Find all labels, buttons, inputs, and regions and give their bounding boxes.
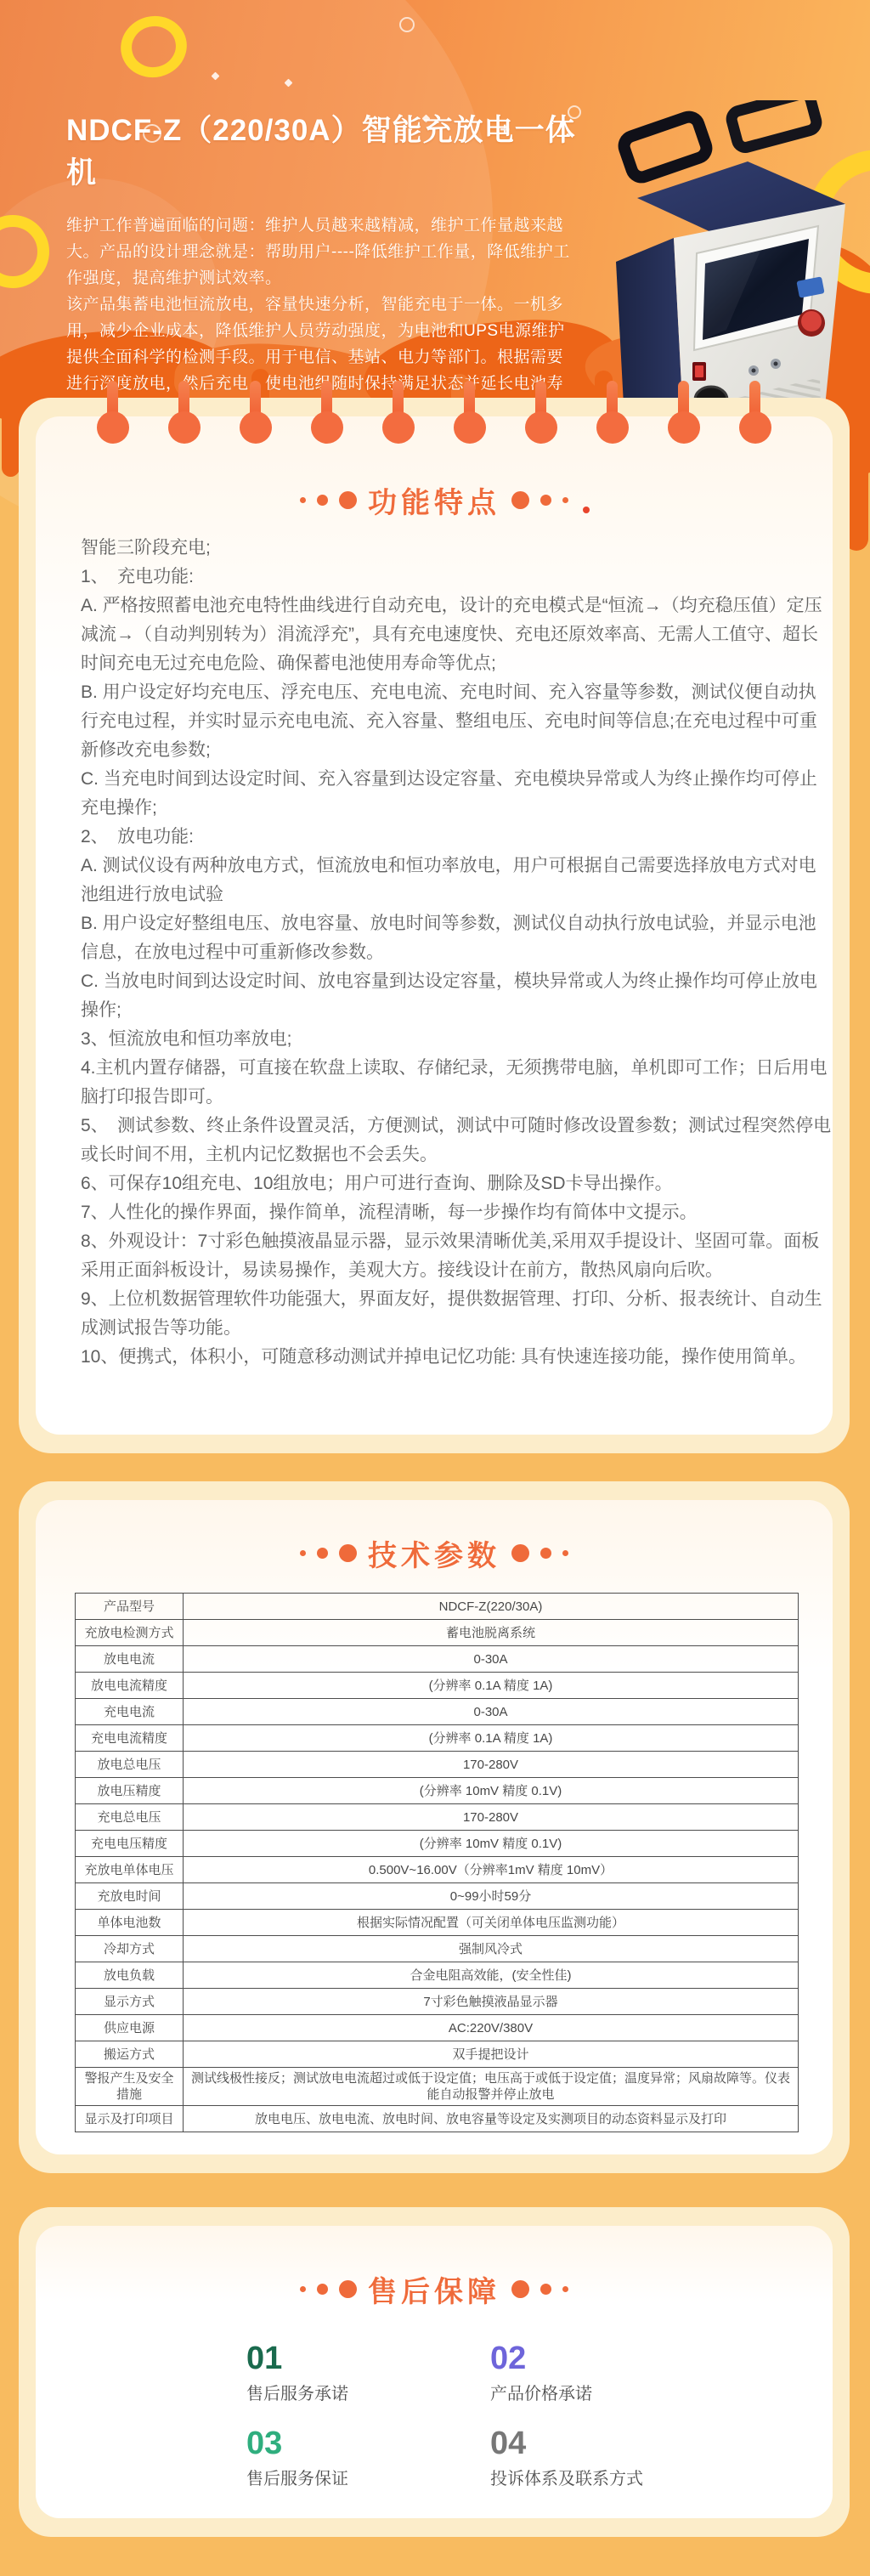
feature-line: 8、外观设计：7寸彩色触摸液晶显示器，显示效果清晰优美,采用双手提设计、坚固可靠… <box>81 1227 832 1285</box>
spec-key-cell: 警报产生及安全措施 <box>76 2068 184 2106</box>
features-card: 功能特点 智能三阶段充电; 1、 充电功能: A. 严格按照蓄电池充电特性曲线进… <box>19 398 850 1453</box>
feature-line: 6、可保存10组充电、10组放电；用户可进行查询、删除及SD卡导出操作。 <box>81 1169 832 1198</box>
spec-row: 产品型号 NDCF-Z(220/30A) <box>76 1594 799 1620</box>
spec-key-cell: 充放电检测方式 <box>76 1620 184 1646</box>
spec-key-cell: 显示方式 <box>76 1989 184 2015</box>
spec-value-cell: 0~99小时59分 <box>184 1883 799 1910</box>
feature-line: C. 当充电时间到达设定时间、充入容量到达设定容量、充电模块异常或人为终止操作均… <box>81 765 832 823</box>
yellow-ring-decoration <box>0 215 49 288</box>
feature-line: 5、 测试参数、终止条件设置灵活，方便测试，测试中可随时修改设置参数；测试过程突… <box>81 1112 832 1169</box>
spec-value-cell: 170-280V <box>184 1804 799 1831</box>
features-heading-text: 功能特点 <box>368 479 500 521</box>
aftersales-item: 04 投诉体系及联系方式 <box>490 2426 643 2489</box>
description-paragraph: 维护工作普遍面临的问题：维护人员越来越精减，维护工作量越来越大。产品的设计理念就… <box>66 212 576 292</box>
aftersales-card: 售后保障 01 售后服务承诺 02 产品价格承诺 03 售后服务保证 04 投诉… <box>19 2207 850 2537</box>
spec-key-cell: 放电负载 <box>76 1962 184 1989</box>
sparkle-decoration <box>212 72 220 81</box>
spec-key-cell: 充放电时间 <box>76 1883 184 1910</box>
spec-key-cell: 冷却方式 <box>76 1936 184 1962</box>
circle-outline-decoration <box>399 17 415 32</box>
yellow-ring-decoration <box>114 9 193 84</box>
spec-key-cell: 放电压精度 <box>76 1778 184 1804</box>
specs-heading: 技术参数 <box>19 1532 850 1574</box>
spec-row: 放电电流精度 (分辨率 0.1A 精度 1A) <box>76 1673 799 1699</box>
sparkle-decoration <box>285 79 293 88</box>
spec-row: 充电电流 0-30A <box>76 1699 799 1725</box>
spec-value-cell: 170-280V <box>184 1752 799 1778</box>
feature-line: A. 严格按照蓄电池充电特性曲线进行自动充电，设计的充电模式是“恒流→（均充稳压… <box>81 592 832 678</box>
spec-row: 放电总电压 170-280V <box>76 1752 799 1778</box>
specs-card: 技术参数 产品型号 NDCF-Z(220/30A) 充放电检测方式 蓄电池脱离系… <box>19 1481 850 2173</box>
spec-row: 放电电流 0-30A <box>76 1646 799 1673</box>
binding-pin <box>678 381 689 420</box>
binding-pin <box>178 381 189 420</box>
spec-key-cell: 充电电压精度 <box>76 1831 184 1857</box>
spec-row: 充电电压精度 (分辨率 10mV 精度 0.1V) <box>76 1831 799 1857</box>
spec-row: 搬运方式 双手提把设计 <box>76 2041 799 2068</box>
binding-pin <box>250 381 261 420</box>
binding-pin <box>607 381 618 420</box>
spec-row: 充电总电压 170-280V <box>76 1804 799 1831</box>
spec-key-cell: 充电电流 <box>76 1699 184 1725</box>
aftersales-number: 04 <box>490 2426 643 2460</box>
aftersales-heading-text: 售后保障 <box>368 2268 500 2310</box>
spec-value-cell: 强制风冷式 <box>184 1936 799 1962</box>
spec-row: 供应电源 AC:220V/380V <box>76 2015 799 2041</box>
spec-key-cell: 充电电流精度 <box>76 1725 184 1752</box>
feature-line: 智能三阶段充电; <box>81 534 832 563</box>
spec-key-cell: 放电电流精度 <box>76 1673 184 1699</box>
feature-line: A. 测试仪设有两种放电方式，恒流放电和恒功率放电，用户可根据自己需要选择放电方… <box>81 852 832 909</box>
spec-row: 充放电时间 0~99小时59分 <box>76 1883 799 1910</box>
spec-row: 放电压精度 (分辨率 10mV 精度 0.1V) <box>76 1778 799 1804</box>
aftersales-list: 01 售后服务承诺 02 产品价格承诺 03 售后服务保证 04 投诉体系及联系… <box>246 2341 643 2489</box>
feature-line: 7、人性化的操作界面，操作简单，流程清晰，每一步操作均有简体中文提示。 <box>81 1198 832 1227</box>
spec-value-cell: 测试线极性接反；测试放电电流超过或低于设定值；电压高于或低于设定值；温度异常；风… <box>184 2068 799 2106</box>
spec-value-cell: 7寸彩色触摸液晶显示器 <box>184 1989 799 2015</box>
binding-pin <box>393 381 404 420</box>
hero-banner: + + NDCF-Z（220/30A）智能充放电一体机 维护工作普遍面临的问题：… <box>0 0 870 399</box>
feature-line: 10、便携式，体积小，可随意移动测试并掉电记忆功能: 具有快速连接功能，操作使用… <box>81 1343 832 1372</box>
spec-key-cell: 单体电池数 <box>76 1910 184 1936</box>
spec-key-cell: 产品型号 <box>76 1594 184 1620</box>
aftersales-label: 售后服务保证 <box>246 2469 490 2489</box>
binding-pin <box>107 381 118 420</box>
spec-value-cell: (分辨率 0.1A 精度 1A) <box>184 1725 799 1752</box>
spec-row: 充电电流精度 (分辨率 0.1A 精度 1A) <box>76 1725 799 1752</box>
spec-row: 充放电单体电压 0.500V~16.00V（分辨率1mV 精度 10mV） <box>76 1857 799 1883</box>
feature-line: C. 当放电时间到达设定时间、放电容量到达设定容量，模块异常或人为终止操作均可停… <box>81 967 832 1025</box>
feature-line: 2、 放电功能: <box>81 823 832 852</box>
aftersales-label: 产品价格承诺 <box>490 2384 643 2404</box>
aftersales-label: 投诉体系及联系方式 <box>490 2469 643 2489</box>
spec-value-cell: 根据实际情况配置（可关闭单体电压监测功能） <box>184 1910 799 1936</box>
aftersales-item: 01 售后服务承诺 <box>246 2341 490 2404</box>
aftersales-item: 02 产品价格承诺 <box>490 2341 643 2404</box>
aftersales-number: 03 <box>246 2426 490 2460</box>
aftersales-item: 03 售后服务保证 <box>246 2426 490 2489</box>
spec-value-cell: 双手提把设计 <box>184 2041 799 2068</box>
spec-value-cell: 合金电阻高效能，(安全性佳) <box>184 1962 799 1989</box>
spec-key-cell: 放电电流 <box>76 1646 184 1673</box>
spec-value-cell: (分辨率 0.1A 精度 1A) <box>184 1673 799 1699</box>
red-dot-decoration <box>583 507 590 513</box>
spec-value-cell: 蓄电池脱离系统 <box>184 1620 799 1646</box>
spec-value-cell: 0.500V~16.00V（分辨率1mV 精度 10mV） <box>184 1857 799 1883</box>
feature-line: B. 用户设定好均充电压、浮充电压、充电电流、充电时间、充入容量等参数，测试仪便… <box>81 678 832 765</box>
spec-key-cell: 充放电单体电压 <box>76 1857 184 1883</box>
spec-key-cell: 放电总电压 <box>76 1752 184 1778</box>
features-heading: 功能特点 <box>19 479 850 521</box>
aftersales-number: 01 <box>246 2341 490 2375</box>
feature-line: 4.主机内置存储器，可直接在软盘上读取、存储纪录，无须携带电脑，单机即可工作；日… <box>81 1054 832 1112</box>
binding-pin <box>464 381 475 420</box>
spec-value-cell: 放电电压、放电电流、放电时间、放电容量等设定及实测项目的动态资料显示及打印 <box>184 2106 799 2132</box>
spec-key-cell: 显示及打印项目 <box>76 2106 184 2132</box>
feature-line: B. 用户设定好整组电压、放电容量、放电时间等参数，测试仪自动执行放电试验，并显… <box>81 909 832 967</box>
feature-line: 9、上位机数据管理软件功能强大，界面友好，提供数据管理、打印、分析、报表统计、自… <box>81 1285 832 1343</box>
spec-row: 单体电池数 根据实际情况配置（可关闭单体电压监测功能） <box>76 1910 799 1936</box>
spec-value-cell: (分辨率 10mV 精度 0.1V) <box>184 1778 799 1804</box>
spec-row: 放电负载 合金电阻高效能，(安全性佳) <box>76 1962 799 1989</box>
aftersales-heading: 售后保障 <box>19 2268 850 2310</box>
spec-row: 充放电检测方式 蓄电池脱离系统 <box>76 1620 799 1646</box>
spec-value-cell: AC:220V/380V <box>184 2015 799 2041</box>
spec-value-cell: NDCF-Z(220/30A) <box>184 1594 799 1620</box>
binding-pin <box>749 381 760 420</box>
aftersales-label: 售后服务承诺 <box>246 2384 490 2404</box>
specs-heading-text: 技术参数 <box>368 1532 500 1574</box>
feature-line: 3、恒流放电和恒功率放电; <box>81 1025 832 1054</box>
spec-key-cell: 搬运方式 <box>76 2041 184 2068</box>
spec-value-cell: (分辨率 10mV 精度 0.1V) <box>184 1831 799 1857</box>
aftersales-number: 02 <box>490 2341 643 2375</box>
spec-key-cell: 充电总电压 <box>76 1804 184 1831</box>
specs-table: 产品型号 NDCF-Z(220/30A) 充放电检测方式 蓄电池脱离系统 放电电… <box>75 1593 799 2132</box>
spec-row: 显示方式 7寸彩色触摸液晶显示器 <box>76 1989 799 2015</box>
spec-key-cell: 供应电源 <box>76 2015 184 2041</box>
feature-line: 1、 充电功能: <box>81 563 832 592</box>
spec-value-cell: 0-30A <box>184 1699 799 1725</box>
binding-pin <box>535 381 546 420</box>
spec-row: 显示及打印项目 放电电压、放电电流、放电时间、放电容量等设定及实测项目的动态资料… <box>76 2106 799 2132</box>
spec-row: 冷却方式 强制风冷式 <box>76 1936 799 1962</box>
features-list: 智能三阶段充电; 1、 充电功能: A. 严格按照蓄电池充电特性曲线进行自动充电… <box>81 534 832 1372</box>
spec-row: 警报产生及安全措施 测试线极性接反；测试放电电流超过或低于设定值；电压高于或低于… <box>76 2068 799 2106</box>
product-title: NDCF-Z（220/30A）智能充放电一体机 <box>66 107 576 192</box>
spec-value-cell: 0-30A <box>184 1646 799 1673</box>
binding-pin <box>321 381 332 420</box>
